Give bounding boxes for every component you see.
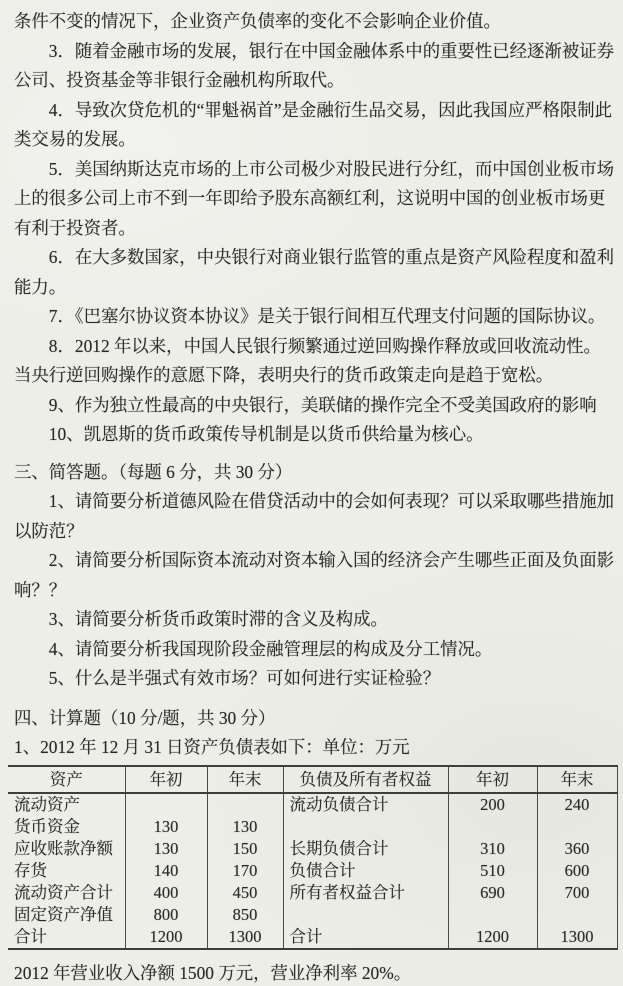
table-cell: 应收账款净额 [8,838,125,860]
judgement-item-8: 8．2012 年以来，中国人民银行频繁通过逆回购操作释放或回收流动性。当央行逆回… [14,332,617,391]
table-cell: 存货 [8,860,125,882]
table-row: 货币资金 130 130 [8,816,617,838]
table-cell: 合计 [8,926,125,949]
table-cell: 130 [207,816,283,838]
table-row: 流动资产合计 400 450 所有者权益合计 690 700 [8,882,617,904]
table-cell: 1300 [207,926,283,949]
col-header-asset-end: 年末 [207,766,283,793]
table-row: 固定资产净值 800 850 [8,904,617,926]
judgement-item-6: 6．在大多数国家，中央银行对商业银行监管的重点是资产风险程度和盈利能力。 [14,243,617,302]
table-cell: 310 [448,838,537,860]
table-row: 应收账款净额 130 150 长期负债合计 310 360 [8,838,617,860]
table-cell [125,793,207,816]
table-cell [448,816,537,838]
table-cell [448,904,537,926]
col-header-assets: 资产 [8,766,125,793]
judgement-item-3: 3．随着金融市场的发展，银行在中国金融体系中的重要性已经逐渐被证券公司、投资基金… [14,37,617,96]
section-heading-short-answer: 三、简答题。（每题 6 分，共 30 分） [14,458,617,488]
table-cell: 130 [125,838,207,860]
table-cell: 450 [207,882,283,904]
table-cell: 200 [448,793,537,816]
table-cell: 1200 [125,926,207,949]
table-cell: 流动负债合计 [283,793,448,816]
table-cell: 850 [207,904,283,926]
table-cell: 所有者权益合计 [283,882,448,904]
calculation-problem-note: 2012 年营业收入净额 1500 万元，营业净利率 20%。 [14,959,617,986]
calculation-problem-intro: 1、2012 年 12 月 31 日资产负债表如下：单位：万元 [14,733,617,763]
table-cell: 负债合计 [283,860,448,882]
table-cell: 240 [537,793,617,816]
judgement-item-7: 7．《巴塞尔协议资本协议》是关于银行间相互代理支付问题的国际协议。 [14,302,617,332]
judgement-item-4: 4．导致次贷危机的“罪魁祸首”是金融衍生品交易，因此我国应严格限制此类交易的发展… [14,96,617,155]
col-header-liab-end: 年末 [537,766,617,793]
table-cell [283,904,448,926]
short-answer-item-5: 5、什么是半强式有效市场？可如何进行实证检验？ [14,664,617,694]
table-cell: 510 [448,860,537,882]
table-cell: 合计 [283,926,448,949]
table-cell: 140 [125,860,207,882]
short-answer-item-1: 1、请简要分析道德风险在借贷活动中的会如何表现？可以采取哪些措施加以防范？ [14,487,617,546]
table-header-row: 资产 年初 年末 负债及所有者权益 年初 年末 [8,766,617,793]
table-cell: 150 [207,838,283,860]
table-cell: 固定资产净值 [8,904,125,926]
table-cell: 800 [125,904,207,926]
table-cell: 170 [207,860,283,882]
table-row: 流动资产 流动负债合计 200 240 [8,793,617,816]
table-cell [207,793,283,816]
table-cell: 130 [125,816,207,838]
table-cell: 长期负债合计 [283,838,448,860]
table-cell: 600 [537,860,617,882]
judgement-item-10: 10、凯恩斯的货币政策传导机制是以货币供给量为核心。 [14,420,617,450]
col-header-liabilities: 负债及所有者权益 [283,766,448,793]
col-header-asset-begin: 年初 [125,766,207,793]
judgement-item-9: 9、作为独立性最高的中央银行，美联储的操作完全不受美国政府的影响 [14,391,617,421]
section-heading-calculation: 四、计算题（10 分/题，共 30 分） [14,704,617,734]
judgement-item-5: 5．美国纳斯达克市场的上市公司极少对股民进行分红，而中国创业板市场上的很多公司上… [14,155,617,244]
table-cell: 360 [537,838,617,860]
table-cell: 流动资产 [8,793,125,816]
table-cell [283,816,448,838]
table-row: 存货 140 170 负债合计 510 600 [8,860,617,882]
continuation-line: 条件不变的情况下，企业资产负债率的变化不会影响企业价值。 [14,7,617,37]
balance-sheet-table: 资产 年初 年末 负债及所有者权益 年初 年末 流动资产 流动负债合计 200 … [8,765,618,950]
table-cell [537,904,617,926]
table-cell: 700 [537,882,617,904]
table-cell: 1200 [448,926,537,949]
short-answer-item-4: 4、请简要分析我国现阶段金融管理层的构成及分工情况。 [14,635,617,665]
scanned-exam-page: 条件不变的情况下，企业资产负债率的变化不会影响企业价值。 3．随着金融市场的发展… [0,0,623,986]
short-answer-item-2: 2、请简要分析国际资本流动对资本输入国的经济会产生哪些正面及负面影响？？ [14,546,617,605]
table-cell: 货币资金 [8,816,125,838]
table-cell: 690 [448,882,537,904]
col-header-liab-begin: 年初 [448,766,537,793]
table-cell: 1300 [537,926,617,949]
table-cell: 流动资产合计 [8,882,125,904]
table-row: 合计 1200 1300 合计 1200 1300 [8,926,617,949]
table-cell: 400 [125,882,207,904]
short-answer-item-3: 3、请简要分析货币政策时滞的含义及构成。 [14,605,617,635]
table-cell [537,816,617,838]
